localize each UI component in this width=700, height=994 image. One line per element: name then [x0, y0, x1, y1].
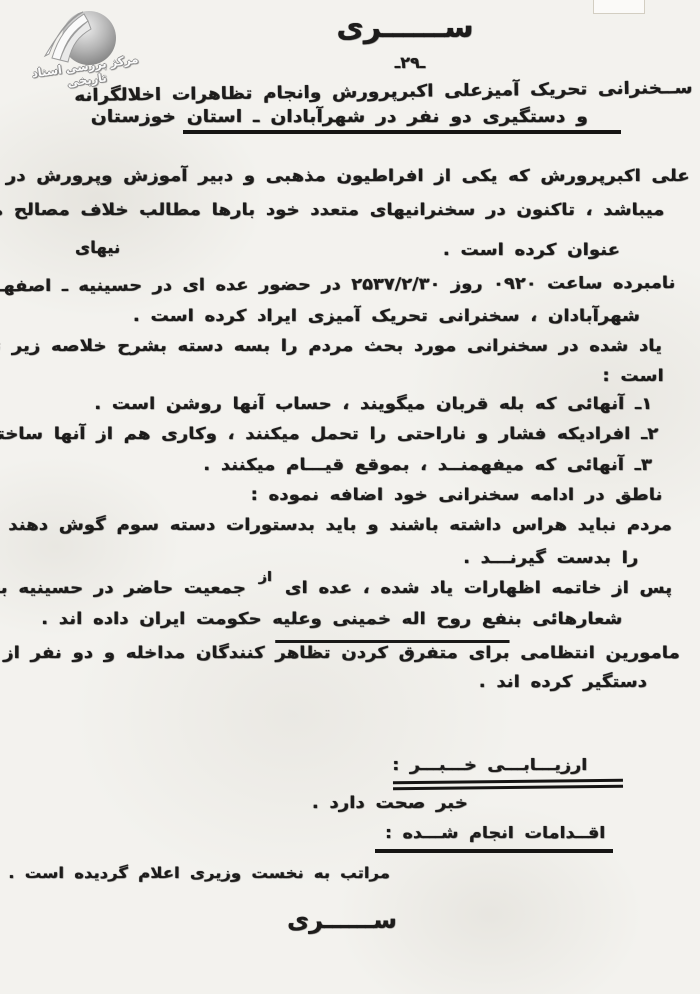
- classification-stamp-bottom: ســــــری: [272, 906, 412, 935]
- p5-segment-a: پس از خاتمه اظهارات یاد شده ، عده ای: [285, 578, 672, 597]
- p6-segment-a: مامورین انتظامی: [520, 643, 680, 662]
- speaker-intro-line: ناطق در ادامه سخنرانی خود اضافه نموده :: [250, 485, 662, 505]
- p6-segment-c: کنندگان مداخله و دو نفر از آنهــــــارا: [0, 643, 265, 662]
- doc-title-line2: و دستگیری دو نفر در شهرآبادان ـ استان خو…: [91, 107, 588, 127]
- body-line-p5-2: شعارهائی بنفع روح اله خمینی وعلیه حکومت …: [41, 609, 622, 629]
- p5-segment-b: جمعیت حاضر در حسینیه بعد از خروج ،: [0, 578, 246, 597]
- body-line-p1-1: علی اکبرپرورش که یکی از افراطیون مذهبی و…: [0, 166, 690, 186]
- p6-overlined-segment: برای متفرق کردن تظاهر: [276, 640, 510, 661]
- doc-title-line1: ســخنرانی تحریک آمیزعلی اکبرپرورش وانجام…: [74, 78, 693, 106]
- body-line-p1-2: میباشد ، تاکنون در سخنرانیهای متعدد خود …: [0, 200, 664, 220]
- actions-underline: [375, 849, 613, 853]
- actions-text: مراتب به نخست وزیری اعلام گردیده است .: [8, 864, 390, 882]
- evaluation-underline: [393, 779, 623, 790]
- body-line-p1-3: عنوان کرده است .: [443, 240, 620, 260]
- body-line-p2-1: نامبرده ساعت ۰۹۲۰ روز ۲۵۳۷/۲/۳۰ در حضور …: [0, 273, 675, 296]
- actions-heading: اقــدامات انجام شـــده :: [385, 823, 605, 842]
- list-item-1: ۱ـ آنهائی که بله قربان میگویند ، حساب آن…: [94, 394, 652, 414]
- document-text-layer: ســــــری ـ۲۹ـ ســخنرانی تحریک آمیزعلی ا…: [0, 0, 700, 994]
- body-line-p2-2: شهرآبادان ، سخنرانی تحریک آمیزی ایراد کر…: [133, 306, 640, 326]
- body-line-p3-2: است :: [603, 366, 664, 386]
- document-page: مرکز بررسی اسناد تاریخی ســــــری ـ۲۹ـ س…: [0, 0, 700, 994]
- inserted-word: از: [259, 570, 272, 586]
- margin-continuation-word: نیهای: [75, 238, 120, 258]
- body-line-p4-2: را بدست گیرنـــد .: [463, 548, 638, 568]
- list-item-3: ۳ـ آنهائی که میفهمنــد ، بموقع قیـــام م…: [203, 455, 652, 475]
- page-number: ـ۲۹ـ: [355, 53, 465, 72]
- list-item-2: ۲ـ افرادیکه فشار و ناراحتی را تحمل میکنن…: [0, 424, 658, 444]
- evaluation-text: خبر صحت دارد .: [312, 793, 468, 813]
- body-line-p4-1: مردم نباید هراس داشته باشند و باید بدستو…: [0, 515, 672, 535]
- body-line-p3-1: یاد شده در سخنرانی مورد بحث مردم را بسه …: [0, 336, 662, 356]
- evaluation-heading: ارزیـــابـــی خـــبـــر :: [392, 755, 587, 774]
- body-line-p6-1: مامورین انتظامی برای متفرق کردن تظاهر کن…: [0, 640, 680, 663]
- classification-stamp-top: ســــــری: [310, 10, 500, 46]
- body-line-p5-1: پس از خاتمه اظهارات یاد شده ، عده ای از …: [0, 578, 672, 598]
- body-line-p6-2: دستگیر کرده اند .: [479, 672, 647, 692]
- title-underline: [183, 130, 621, 134]
